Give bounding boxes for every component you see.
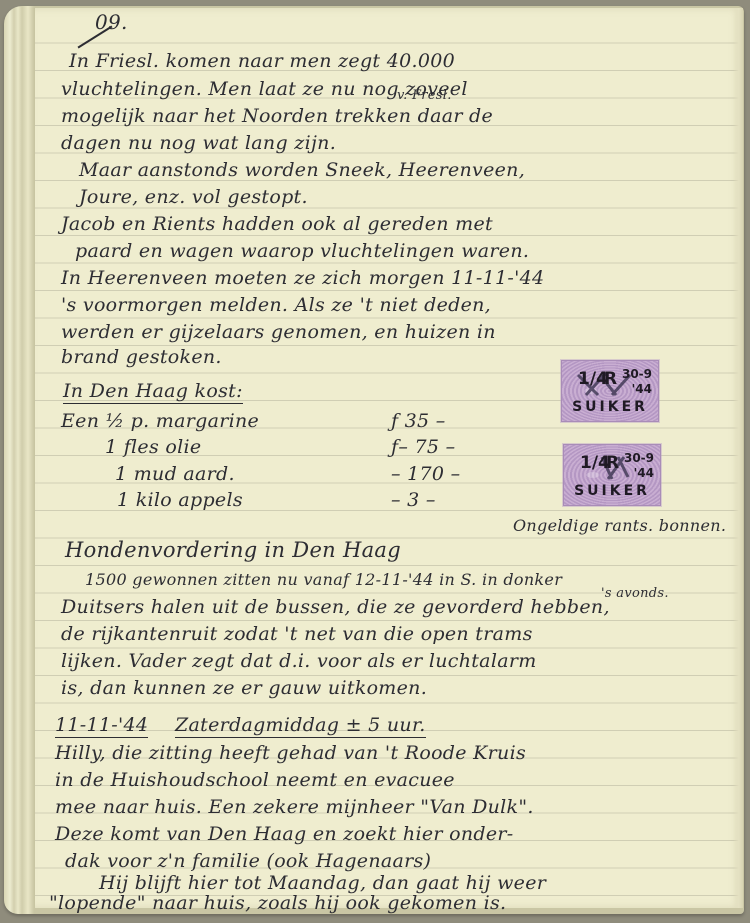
stamp-date-line: '44 [632,382,652,396]
ration-coupon-stamp: 1/4 R 30-9'44 SUIKER [563,444,661,506]
section-heading: Hondenvordering in Den Haag [65,538,401,562]
text-line: dagen nu nog wat lang zijn. [61,132,336,154]
text-line: paard en wagen waarop vluchtelingen ware… [75,240,529,262]
price-item-label: 1 fles olie [105,436,201,458]
page-number: 09. [95,10,128,34]
price-item-value: – 170 – [391,463,460,485]
price-item-label: Een ½ p. margarine [61,410,259,432]
price-item-value: – 3 – [391,489,436,511]
stamp-letter: R [606,453,619,473]
entry-heading: Zaterdagmiddag ± 5 uur. [175,714,426,738]
insertion-note: 's avonds. [601,586,669,601]
stamp-word: SUIKER [562,399,658,415]
text-line: "lopende" naar huis, zoals hij ook gekom… [49,892,506,914]
text-line: mee naar huis. Een zekere mijnheer "Van … [55,796,534,818]
text-line: mogelijk naar het Noorden trekken daar d… [61,105,493,127]
text-line: is, dan kunnen ze er gauw uitkomen. [61,677,427,699]
price-item-label: 1 kilo appels [117,489,243,511]
stamp-letter: R [604,369,617,389]
text-line: Hilly, die zitting heeft gehad van 't Ro… [55,742,526,764]
text-line: de rijkantenruit zodat 't net van die op… [61,623,533,645]
text-line: 1500 gewonnen zitten nu vanaf 12-11-'44 … [85,570,562,589]
text-line: werden er gijzelaars genomen, en huizen … [61,321,496,343]
text-line: Joure, enz. vol gestopt. [79,186,308,208]
text-line: Hij blijft hier tot Maandag, dan gaat hi… [99,872,546,894]
stamp-date: 30-9'44 [622,367,652,397]
price-list-heading: In Den Haag kost: [63,380,243,404]
text-line: In Friesl. komen naar men zegt 40.000 [69,50,455,72]
insertion-note: v. Fresl. [397,88,452,103]
text-line: Jacob en Rients hadden ook al gereden me… [61,213,493,235]
stamp-date-line: 30-9 [624,451,654,465]
price-item-label: 1 mud aard. [115,463,235,485]
text-line: lijken. Vader zegt dat d.i. voor als er … [61,650,537,672]
text-line: Deze komt van Den Haag en zoekt hier ond… [55,823,514,845]
text-line: Maar aanstonds worden Sneek, Heerenveen, [79,159,525,181]
text-line: brand gestoken. [61,346,222,368]
text-line: In Heerenveen moeten ze zich morgen 11-1… [61,267,544,289]
stamps-caption: Ongeldige rants. bonnen. [513,516,726,535]
text-line: in de Huishoudschool neemt en evacuee [55,769,455,791]
diary-page: 09. In Friesl. komen naar men zegt 40.00… [34,8,743,908]
stamp-word: SUIKER [564,483,660,499]
text-line: 's voormorgen melden. Als ze 't niet ded… [61,294,491,316]
stamp-date-line: '44 [634,466,654,480]
price-item-value: ƒ 35 – [391,410,446,432]
entry-date: 11-11-'44 [55,714,148,738]
price-item-value: ƒ– 75 – [391,436,455,458]
stamp-date-line: 30-9 [622,367,652,381]
ration-coupon-stamp: 1/4 R 30-9'44 SUIKER [561,360,659,422]
text-line: dak voor z'n familie (ook Hagenaars) [65,850,431,872]
stamp-date: 30-9'44 [624,451,654,481]
text-line: Duitsers halen uit de bussen, die ze gev… [61,596,610,618]
